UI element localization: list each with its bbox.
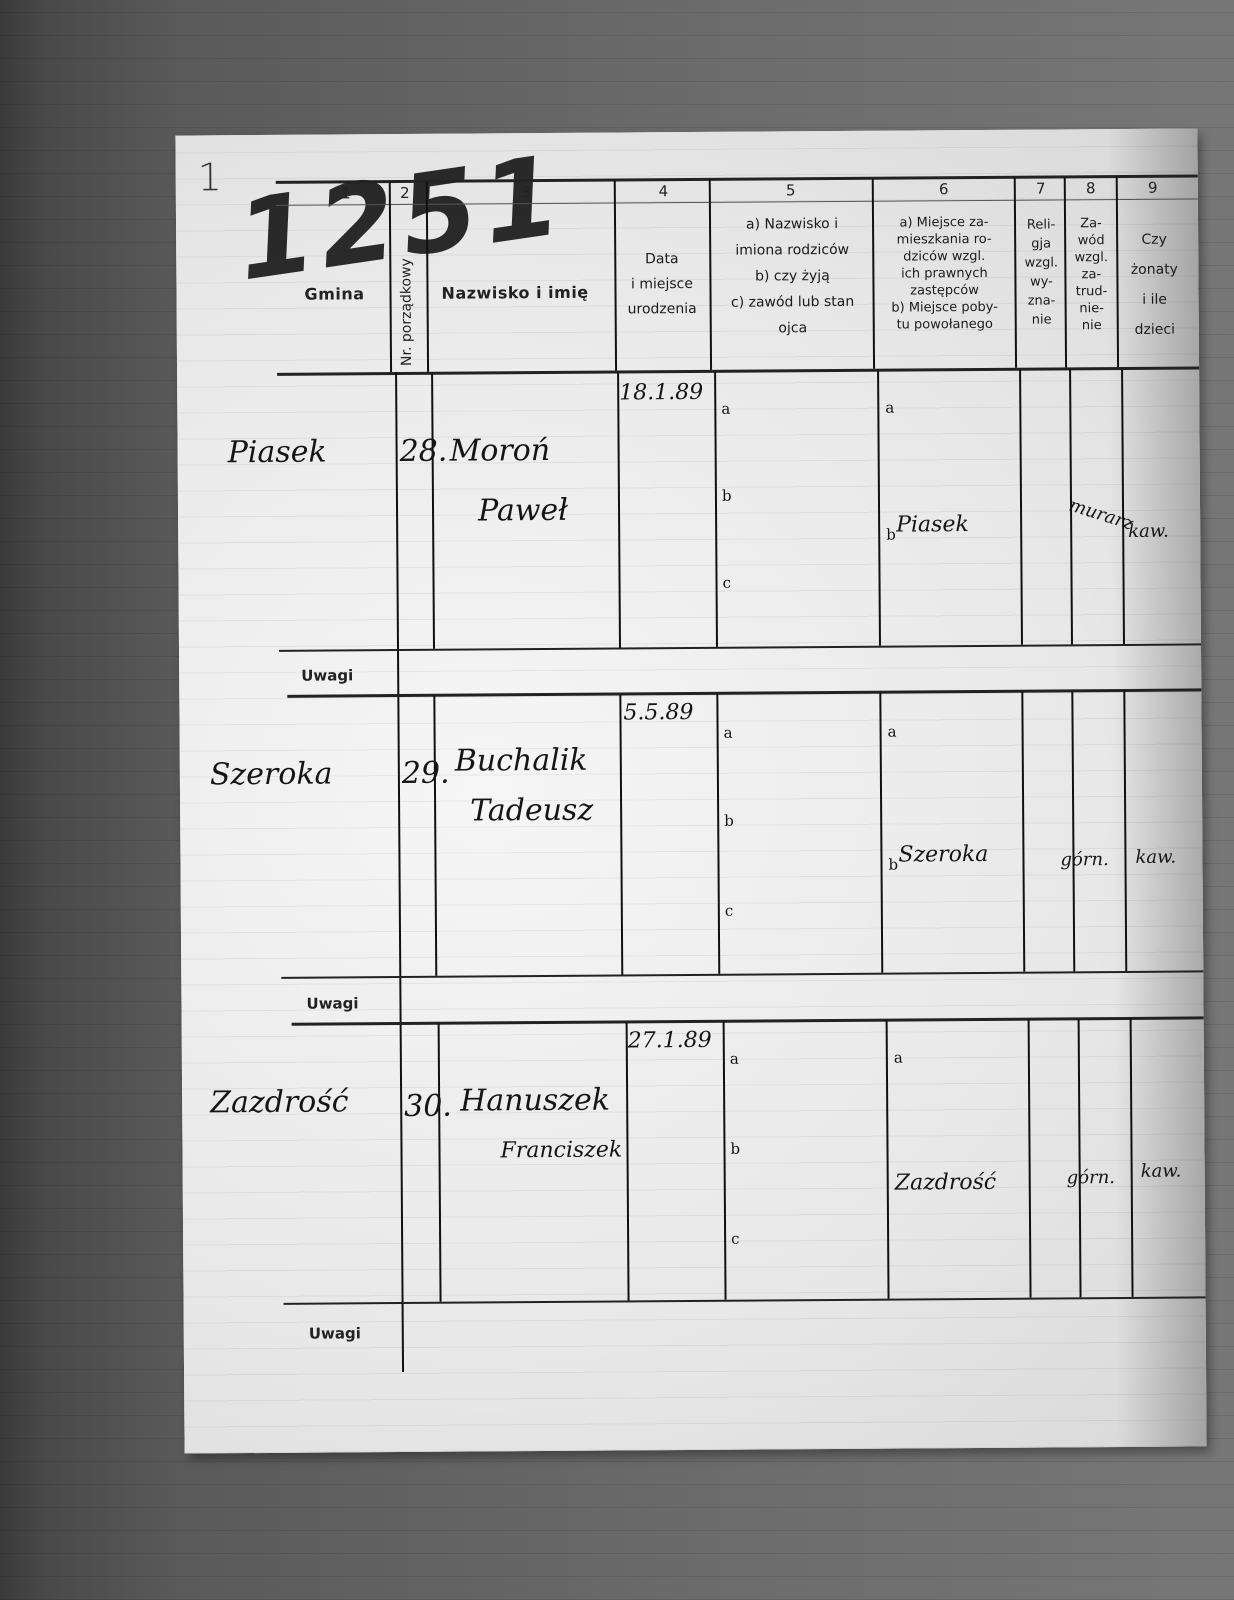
column-number-4: 4 bbox=[616, 182, 711, 201]
row-divider bbox=[1021, 692, 1025, 972]
header-line: nie bbox=[1017, 310, 1067, 329]
header-religion: Reli- gja wzgl. wy- zna- nie bbox=[1016, 215, 1067, 329]
column-number-7: 7 bbox=[1016, 179, 1066, 197]
sub-label-c: c bbox=[731, 1230, 740, 1248]
sub-label-a: a bbox=[888, 723, 897, 741]
entry-given-name: Franciszek bbox=[500, 1137, 622, 1163]
row-divider bbox=[1028, 1020, 1032, 1298]
header-line: a) Miejsce za- bbox=[874, 214, 1014, 232]
header-parents: a) Nazwisko i imiona rodziców b) czy żyj… bbox=[711, 215, 874, 339]
column-number-2: 2 bbox=[390, 184, 420, 202]
column-number-9: 9 bbox=[1118, 179, 1188, 197]
row-divider bbox=[626, 1022, 630, 1300]
sub-label-b: b bbox=[722, 487, 732, 505]
header-gmina: Gmina bbox=[304, 284, 364, 303]
row-divider bbox=[879, 693, 883, 973]
header-line: wy- bbox=[1016, 272, 1066, 291]
nr-column-left-rule bbox=[395, 372, 404, 1372]
header-marital: Czy żonaty i ile dzieci bbox=[1118, 225, 1191, 345]
header-line: Czy bbox=[1118, 225, 1190, 256]
sub-label-a: a bbox=[724, 724, 733, 742]
header-line: żonaty bbox=[1118, 255, 1190, 286]
column-number-5: 5 bbox=[711, 181, 871, 200]
row-divider bbox=[431, 374, 435, 649]
column-number-6: 6 bbox=[874, 180, 1014, 199]
column-number-1: 1 bbox=[326, 184, 366, 202]
entry-gmina: Szeroka bbox=[210, 757, 333, 793]
header-line: urodzenia bbox=[615, 300, 710, 320]
header-line: a) Nazwisko i bbox=[711, 215, 873, 235]
sub-label-c: c bbox=[725, 902, 734, 920]
row-bottom-rule bbox=[279, 643, 1201, 651]
row-divider bbox=[1071, 691, 1075, 971]
census-form-sheet: 1 1251 1 2 3 4 5 6 7 8 9 Gmina Nr. porzą… bbox=[175, 128, 1206, 1453]
entry-residence: Piasek bbox=[896, 512, 969, 538]
header-line: c) zawód lub stan bbox=[712, 293, 874, 313]
entry-given-name: Tadeusz bbox=[470, 793, 593, 829]
header-line: b) czy żyją bbox=[711, 267, 873, 287]
sub-label-a: a bbox=[721, 400, 730, 418]
remarks-label: Uwagi bbox=[309, 1324, 361, 1342]
row-divider bbox=[886, 1021, 890, 1299]
entry-occupation: górn. bbox=[1067, 1167, 1115, 1188]
sub-label-b: b bbox=[730, 1140, 740, 1158]
header-nazwisko-imie: Nazwisko i imię bbox=[441, 283, 588, 303]
header-line: ich prawnych bbox=[874, 265, 1014, 283]
entry-surname: Moroń bbox=[449, 433, 550, 469]
row-bottom-rule bbox=[284, 1296, 1206, 1304]
entry-given-name: Paweł bbox=[478, 493, 568, 529]
sub-label-a: a bbox=[894, 1049, 903, 1067]
header-line: nie- bbox=[1067, 300, 1117, 317]
row-bottom-rule bbox=[281, 970, 1203, 978]
entry-birth-date: 27.1.89 bbox=[628, 1028, 712, 1054]
entry-gmina: Zazdrość bbox=[210, 1084, 349, 1120]
header-line: dziców wzgl. bbox=[874, 248, 1014, 266]
header-line: zna- bbox=[1017, 291, 1067, 310]
sub-label-b: b bbox=[886, 526, 896, 544]
column-number-3: 3 bbox=[506, 183, 546, 201]
header-nr-porzadkowy: Nr. porządkowy bbox=[398, 258, 415, 366]
sheet-mark: 1 bbox=[198, 155, 222, 199]
header-line: wzgl. bbox=[1066, 249, 1116, 266]
header-line: dzieci bbox=[1119, 314, 1191, 345]
entry-marital: kaw. bbox=[1128, 521, 1169, 542]
entry-residence: Zazdrość bbox=[895, 1170, 997, 1196]
row-divider bbox=[619, 694, 623, 974]
header-line: tu powołanego bbox=[875, 316, 1015, 334]
entry-row-3: Zazdrość 30. Hanuszek Franciszek 27.1.89… bbox=[175, 128, 1197, 135]
row-divider bbox=[1019, 370, 1023, 645]
remarks-label: Uwagi bbox=[306, 994, 358, 1012]
row-divider bbox=[617, 372, 621, 647]
remarks-bottom-rule bbox=[287, 688, 1201, 697]
entry-birth-date: 5.5.89 bbox=[623, 700, 693, 725]
header-line: trud- bbox=[1066, 283, 1116, 300]
sub-label-b: b bbox=[724, 812, 734, 830]
entry-row-2: Szeroka 29. Buchalik Tadeusz 5.5.89 a b … bbox=[175, 128, 1197, 135]
entry-occupation: górn. bbox=[1060, 849, 1108, 870]
entry-residence: Szeroka bbox=[898, 842, 988, 868]
header-line: Za- bbox=[1066, 215, 1116, 232]
row-divider bbox=[433, 696, 437, 976]
row-divider bbox=[877, 371, 881, 646]
remarks-label: Uwagi bbox=[301, 666, 353, 684]
header-line: gja bbox=[1016, 234, 1066, 253]
row-divider bbox=[714, 372, 718, 647]
header-line: i miejsce bbox=[614, 275, 709, 295]
row-divider bbox=[1078, 1019, 1082, 1297]
header-line: nie bbox=[1067, 317, 1117, 334]
entry-nr: 30. bbox=[404, 1089, 452, 1124]
row-divider bbox=[716, 694, 720, 974]
header-line: Data bbox=[614, 250, 709, 270]
sub-label-c: c bbox=[722, 574, 731, 592]
row-divider bbox=[438, 1024, 442, 1302]
sub-label-a: a bbox=[730, 1050, 739, 1068]
header-line: b) Miejsce poby- bbox=[875, 299, 1015, 317]
sub-label-a: a bbox=[885, 399, 894, 417]
column-number-8: 8 bbox=[1066, 179, 1116, 197]
entry-nr: 29. bbox=[402, 756, 450, 791]
header-line: Reli- bbox=[1016, 215, 1066, 234]
sub-label-b: b bbox=[888, 856, 898, 874]
header-occupation: Za- wód wzgl. za- trud- nie- nie bbox=[1066, 215, 1117, 334]
entry-nr: 28. bbox=[400, 434, 448, 469]
entry-marital: kaw. bbox=[1141, 1161, 1182, 1182]
entry-birth-date: 18.1.89 bbox=[619, 380, 703, 406]
remarks-bottom-rule bbox=[292, 1016, 1204, 1025]
header-line: wzgl. bbox=[1016, 253, 1066, 272]
header-line: zastępców bbox=[874, 282, 1014, 300]
entry-gmina: Piasek bbox=[228, 435, 327, 471]
header-bottom-rule bbox=[277, 366, 1199, 375]
entry-surname: Hanuszek bbox=[460, 1083, 610, 1119]
entry-row-1: Piasek 28. Moroń Paweł 18.1.89 a b c a b… bbox=[175, 128, 1197, 135]
header-birth-date-place: Data i miejsce urodzenia bbox=[614, 250, 709, 320]
header-line: imiona rodziców bbox=[711, 241, 873, 261]
row-divider bbox=[723, 1022, 727, 1300]
header-line: za- bbox=[1066, 266, 1116, 283]
header-line: wód bbox=[1066, 232, 1116, 249]
header-residence: a) Miejsce za- mieszkania ro- dziców wzg… bbox=[874, 214, 1015, 334]
header-line: ojca bbox=[712, 319, 874, 339]
entry-surname: Buchalik bbox=[455, 743, 588, 779]
header-line: mieszkania ro- bbox=[874, 231, 1014, 249]
entry-marital: kaw. bbox=[1135, 847, 1176, 868]
header-line: i ile bbox=[1118, 285, 1190, 316]
